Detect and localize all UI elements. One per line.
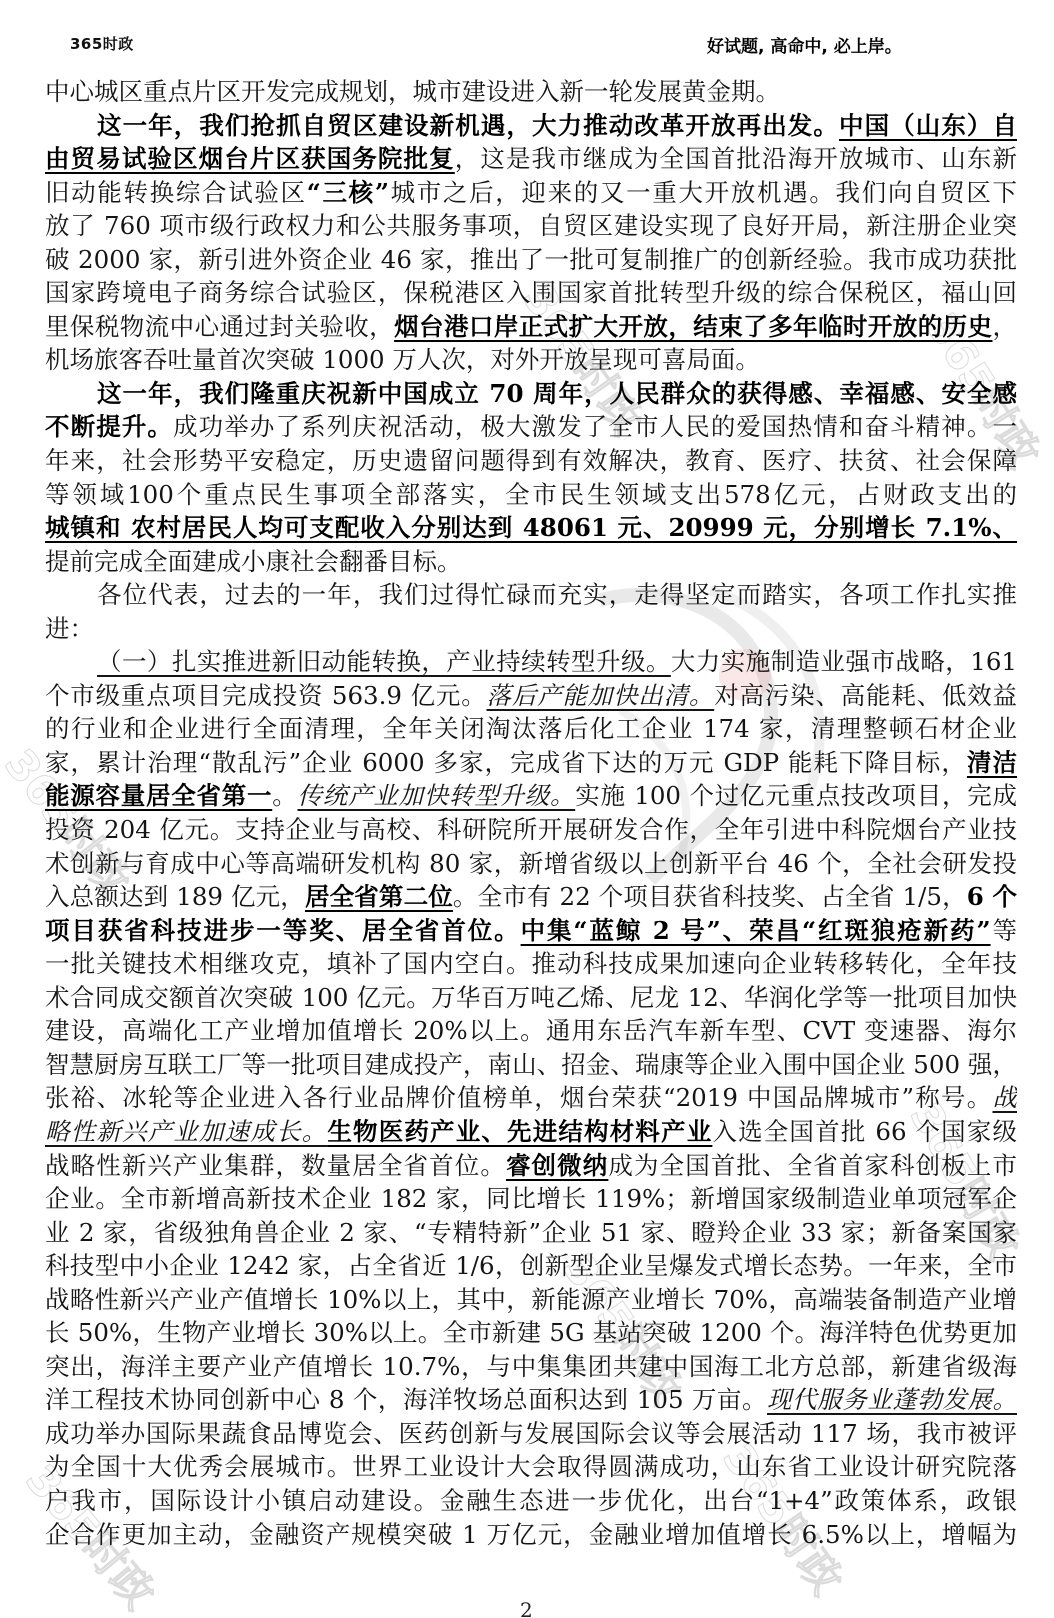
text-line: （一）扎实推进新旧动能转换，产业持续转型升级。大力实施制造业强市战略，161 (45, 645, 1017, 679)
text-line: 建设，高端化工产业增加值增长 20%以上。通用东岳汽车新车型、CVT 变速器、海… (45, 1014, 1017, 1048)
text-line: 入总额达到 189 亿元，居全省第二位。全市有 22 个项目获省科技奖、占全省 … (45, 880, 1017, 914)
text-run: 放了 760 项市级行政权力和公共服务事项，自贸区建设实现了良好开局，新注册企业… (45, 211, 1017, 240)
text-line: 能源容量居全省第一。传统产业加快转型升级。实施 100 个过亿元重点技改项目，完… (45, 779, 1017, 813)
text-line: 机场旅客吞吐量首次突破 1000 万人次，对外开放呈现可喜局面。 (45, 343, 1017, 377)
text-run: 术合同成交额首次突破 100 亿元。万华百万吨乙烯、尼龙 12、华润化学等一批项… (45, 983, 1017, 1012)
text-run: 。全市有 22 个项目获省科技奖、占全省 1/5， (453, 882, 967, 911)
text-line: 由贸易试验区烟台片区获国务院批复，这是我市继成为全国首批沿海开放城市、山东新 (45, 142, 1017, 176)
text-line: 张裕、冰轮等企业进入各行业品牌价值榜单，烟台荣获“2019 中国品牌城市”称号。… (45, 1081, 1017, 1115)
text-run: 等领域100个重点民生事项全部落实，全市民生领域支出578亿元，占财政支出的74… (45, 480, 1017, 512)
text-run: 投资 204 亿元。支持企业与高校、科研院所开展研发合作，全年引进中科院烟台产业… (45, 815, 1017, 844)
text-run: 。 (272, 781, 297, 810)
emphasis-run: “三核” (307, 178, 389, 207)
emphasis-run: 清洁 (967, 748, 1017, 777)
emphasis-run: 生物医药产业、先进结构材料产业 (327, 1117, 712, 1146)
text-run: 为全国十大优秀会展城市。世界工业设计大会取得圆满成功，山东省工业设计研究院落 (45, 1452, 1017, 1481)
text-run: 一批关键技术相继攻克，填补了国内空白。推动科技成果加速向企业转移转化，全年技 (45, 949, 1017, 978)
text-run: 里保税物流中心通过封关验收， (45, 312, 394, 341)
text-run: 等 (991, 916, 1017, 945)
text-run: 机场旅客吞吐量首次突破 1000 万人次，对外开放呈现可喜局面。 (45, 345, 760, 374)
text-line: 的行业和企业进行全面清理，全年关闭淘汰落后化工企业 174 家，清理整顿石材企业… (45, 712, 1017, 746)
text-run: 国家跨境电子商务综合试验区，保税港区入围国家首批转型升级的综合保税区，福山回 (45, 278, 1017, 307)
emphasis-run: 这一年，我们抢抓自贸区建设新机遇，大力推动改革开放再出发。 (97, 111, 839, 140)
text-line: 家，累计治理“散乱污”企业 6000 多家，完成省下达的万元 GDP 能耗下降目… (45, 746, 1017, 780)
text-run: 实施 100 个过亿元重点技改项目，完成 (575, 781, 1017, 810)
text-run: 进： (45, 614, 94, 643)
text-run: 科技型中小企业 1242 家，占全省近 1/6，创新型企业呈爆发式增长态势。一年… (45, 1251, 1017, 1280)
emphasis-run: 战 (993, 1083, 1018, 1112)
text-line: 提前完成全面建成小康社会翻番目标。 (45, 545, 1017, 579)
text-run: 入总额达到 189 亿元， (45, 882, 305, 911)
text-line: 这一年，我们隆重庆祝新中国成立 70 周年，人民群众的获得感、幸福感、安全感 (45, 377, 1017, 411)
text-run: 对高污染、高能耗、低效益 (714, 681, 1017, 710)
text-line: 企合作更加主动，金融资产规模突破 1 万亿元，金融业增加值增长 6.5%以上，增… (45, 1518, 1017, 1552)
emphasis-run: 由贸易试验区烟台片区获国务院批复 (45, 144, 455, 173)
emphasis-run: 这一年，我们隆重庆祝新中国成立 70 周年，人民群众的获得感、幸福感、安全感 (97, 379, 1017, 408)
emphasis-run: 落后产能加快出清。 (487, 681, 715, 710)
text-run: 业 2 家，省级独角兽企业 2 家、“专精特新”企业 51 家、瞪羚企业 33 … (45, 1218, 1017, 1247)
text-run: 城市之后，迎来的又一重大开放机遇。我们向自贸区下 (389, 178, 1017, 207)
text-line: 户我市，国际设计小镇启动建设。金融生态进一步优化，出台“1+4”政策体系，政银 (45, 1484, 1017, 1518)
text-run: ， (993, 312, 1018, 341)
text-run: 智慧厨房互联工厂等一批项目建成投产，南山、招金、瑞康等企业入围中国企业 500 … (45, 1050, 1017, 1079)
text-run: 各位代表，过去的一年，我们过得忙碌而充实，走得坚定而踏实，各项工作扎实推 (97, 580, 1017, 609)
text-line: 一批关键技术相继攻克，填补了国内空白。推动科技成果加速向企业转移转化，全年技 (45, 947, 1017, 981)
text-line: 突出，海洋主要产业产值增长 10.7%，与中集集团共建中国海工北方总部，新建省级… (45, 1350, 1017, 1384)
text-line: 智慧厨房互联工厂等一批项目建成投产，南山、招金、瑞康等企业入围中国企业 500 … (45, 1048, 1017, 1082)
text-line: 里保税物流中心通过封关验收，烟台港口岸正式扩大开放，结束了多年临时开放的历史， (45, 310, 1017, 344)
text-run: 年来，社会形势平安稳定，历史遗留问题得到有效解决，教育、医疗、扶贫、社会保障 (45, 446, 1017, 475)
text-line: 企业。全市新增高新技术企业 182 家，同比增长 119%；新增国家级制造业单项… (45, 1182, 1017, 1216)
emphasis-run: 现代服务业蓬勃发展。 (767, 1385, 1017, 1414)
text-line: 个市级重点项目完成投资 563.9 亿元。落后产能加快出清。对高污染、高能耗、低… (45, 679, 1017, 713)
page-number: 2 (520, 1598, 533, 1618)
text-run: 突出，海洋主要产业产值增长 10.7%，与中集集团共建中国海工北方总部，新建省级… (45, 1352, 1017, 1381)
text-run: 长 50%，生物产业增长 30%以上。全市新建 5G 基站突破 1200 个。海… (45, 1318, 1017, 1347)
text-line: 战略性新兴产业集群，数量居全省首位。睿创微纳成为全国首批、全省首家科创板上市 (45, 1149, 1017, 1183)
emphasis-run: 烟台港口岸正式扩大开放，结束了多年临时开放的历史 (394, 312, 992, 341)
text-line: 投资 204 亿元。支持企业与高校、科研院所开展研发合作，全年引进中科院烟台产业… (45, 813, 1017, 847)
text-line: 进： (45, 612, 1017, 646)
text-line: 城镇和 农村居民人均可支配收入分别达到 48061 元、20999 元，分别增长… (45, 511, 1017, 545)
text-run: 成功举办国际果蔬食品博览会、医药创新与发展国际会议等会展活动 117 场，我市被… (45, 1419, 1017, 1448)
text-line: 这一年，我们抢抓自贸区建设新机遇，大力推动改革开放再出发。中国（山东）自 (45, 109, 1017, 143)
text-run: 成功举办了系列庆祝活动，极大激发了全市人民的爱国热情和奋斗精神。一 (173, 412, 1017, 441)
text-line: 各位代表，过去的一年，我们过得忙碌而充实，走得坚定而踏实，各项工作扎实推 (45, 578, 1017, 612)
text-line: 科技型中小企业 1242 家，占全省近 1/6，创新型企业呈爆发式增长态势。一年… (45, 1249, 1017, 1283)
text-line: 年来，社会形势平安稳定，历史遗留问题得到有效解决，教育、医疗、扶贫、社会保障 (45, 444, 1017, 478)
text-line: 不断提升。成功举办了系列庆祝活动，极大激发了全市人民的爱国热情和奋斗精神。一 (45, 410, 1017, 444)
text-run: 的行业和企业进行全面清理，全年关闭淘汰落后化工企业 174 家，清理整顿石材企业… (45, 714, 1017, 746)
text-line: 成功举办国际果蔬食品博览会、医药创新与发展国际会议等会展活动 117 场，我市被… (45, 1417, 1017, 1451)
header-brand: 365时政 (70, 33, 134, 54)
text-line: 洋工程技术协同创新中心 8 个，海洋牧场总面积达到 105 万亩。现代服务业蓬勃… (45, 1383, 1017, 1417)
text-line: 破 2000 家，新引进外资企业 46 家，推出了一批可复制推广的创新经验。我市… (45, 243, 1017, 277)
text-run: 企合作更加主动，金融资产规模突破 1 万亿元，金融业增加值增长 6.5%以上，增… (45, 1520, 1017, 1549)
emphasis-run: 项目获省科技进步一等奖、居全省首位。 (45, 916, 521, 945)
text-run: 企业。全市新增高新技术企业 182 家，同比增长 119%；新增国家级制造业单项… (45, 1184, 1017, 1213)
text-run: 个市级重点项目完成投资 563.9 亿元。 (45, 681, 487, 710)
text-line: 略性新兴产业加速成长。生物医药产业、先进结构材料产业入选全国首批 66 个国家级 (45, 1115, 1017, 1149)
text-run: 建设，高端化工产业增加值增长 20%以上。通用东岳汽车新车型、CVT 变速器、海… (45, 1016, 1017, 1045)
text-line: 国家跨境电子商务综合试验区，保税港区入围国家首批转型升级的综合保税区，福山回 (45, 276, 1017, 310)
emphasis-run: 传统产业加快转型升级。 (297, 781, 575, 810)
text-run: 成为全国首批、全省首家科创板上市 (608, 1151, 1017, 1180)
text-run: 战略性新兴产业产值增长 10%以上，其中，新能源产业增长 70%，高端装备制造产… (45, 1285, 1017, 1314)
text-line: 长 50%，生物产业增长 30%以上。全市新建 5G 基站突破 1200 个。海… (45, 1316, 1017, 1350)
emphasis-run: 睿创微纳 (506, 1151, 608, 1180)
text-run: 洋工程技术协同创新中心 8 个，海洋牧场总面积达到 105 万亩。 (45, 1385, 767, 1414)
emphasis-run: 能源容量居全省第一 (45, 781, 272, 810)
emphasis-run: 中国（山东）自 (839, 111, 1017, 140)
text-run: ，这是我市继成为全国首批沿海开放城市、山东新 (455, 144, 1017, 173)
emphasis-run: 略性新兴产业加速成长。 (45, 1117, 327, 1146)
text-line: 术创新与育成中心等高端研发机构 80 家，新增省级以上创新平台 46 个，全社会… (45, 847, 1017, 881)
text-line: 放了 760 项市级行政权力和公共服务事项，自贸区建设实现了良好开局，新注册企业… (45, 209, 1017, 243)
text-run: 术创新与育成中心等高端研发机构 80 家，新增省级以上创新平台 46 个，全社会… (45, 849, 1017, 878)
text-run: 大力实施制造业强市战略，161 (671, 647, 1017, 676)
emphasis-run: （一）扎实推进新旧动能转换，产业持续转型升级。 (97, 647, 671, 676)
text-line: 业 2 家，省级独角兽企业 2 家、“专精特新”企业 51 家、瞪羚企业 33 … (45, 1216, 1017, 1250)
document-body: 中心城区重点片区开发完成规划，城市建设进入新一轮发展黄金期。这一年，我们抢抓自贸… (45, 75, 1017, 1551)
emphasis-run: 居全省第二位 (305, 882, 453, 911)
text-run: 入选全国首批 66 个国家级 (712, 1117, 1017, 1146)
text-run: 破 2000 家，新引进外资企业 46 家，推出了一批可复制推广的创新经验。我市… (45, 245, 1017, 274)
text-line: 旧动能转换综合试验区“三核”城市之后，迎来的又一重大开放机遇。我们向自贸区下 (45, 176, 1017, 210)
text-run: 张裕、冰轮等企业进入各行业品牌价值榜单，烟台荣获“2019 中国品牌城市”称号。 (45, 1083, 993, 1112)
emphasis-run: 城镇和 农村居民人均可支配收入分别达到 48061 元、20999 元，分别增长… (45, 513, 1017, 545)
text-line: 战略性新兴产业产值增长 10%以上，其中，新能源产业增长 70%，高端装备制造产… (45, 1283, 1017, 1317)
emphasis-run: 6 个 (967, 882, 1017, 911)
header-slogan: 好试题, 高命中, 必上岸。 (707, 32, 902, 57)
text-run: 家，累计治理“散乱污”企业 6000 多家，完成省下达的万元 GDP 能耗下降目… (45, 748, 967, 777)
text-line: 中心城区重点片区开发完成规划，城市建设进入新一轮发展黄金期。 (45, 75, 1017, 109)
text-line: 等领域100个重点民生事项全部落实，全市民生领域支出578亿元，占财政支出的74… (45, 478, 1017, 512)
text-run: 提前完成全面建成小康社会翻番目标。 (45, 547, 462, 576)
text-run: 户我市，国际设计小镇启动建设。金融生态进一步优化，出台“1+4”政策体系，政银 (45, 1486, 1017, 1515)
text-line: 项目获省科技进步一等奖、居全省首位。中集“蓝鲸 2 号”、荣昌“红斑狼疮新药”等 (45, 914, 1017, 948)
emphasis-run: 不断提升。 (45, 412, 173, 441)
emphasis-run: 中集“蓝鲸 2 号”、荣昌“红斑狼疮新药” (521, 916, 991, 945)
text-run: 战略性新兴产业集群，数量居全省首位。 (45, 1151, 506, 1180)
text-run: 中心城区重点片区开发完成规划，城市建设进入新一轮发展黄金期。 (45, 77, 780, 106)
text-line: 为全国十大优秀会展城市。世界工业设计大会取得圆满成功，山东省工业设计研究院落 (45, 1450, 1017, 1484)
text-line: 术合同成交额首次突破 100 亿元。万华百万吨乙烯、尼龙 12、华润化学等一批项… (45, 981, 1017, 1015)
text-run: 旧动能转换综合试验区 (45, 178, 307, 207)
